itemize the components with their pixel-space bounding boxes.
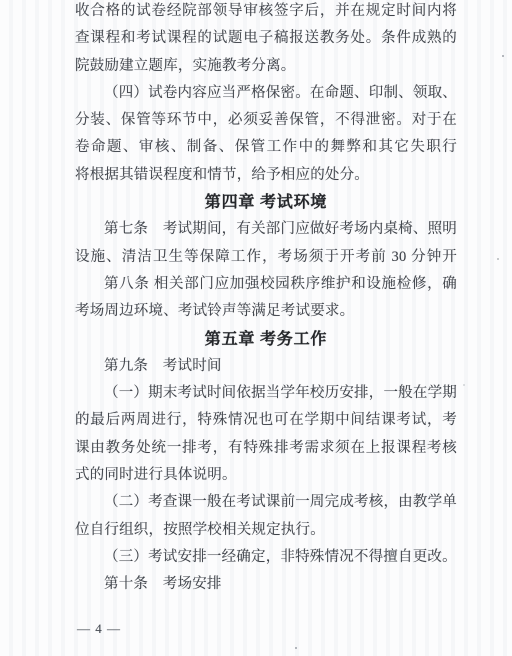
text-line: 考场周边环境、考试铃声等满足考试要求。 <box>75 298 457 325</box>
scan-speck <box>295 647 297 649</box>
document-page: 收合格的试卷经院部领导审核签字后，并在规定时间内将考 查课程和考试课程的试题电子… <box>0 0 512 656</box>
text-line: 第十条 考场安排 <box>75 571 457 598</box>
scan-speck <box>463 384 465 386</box>
text-line: 第八条 相关部门应加强校园秩序维护和设施检修，确保 <box>75 271 457 298</box>
page-number: — 4 — <box>77 620 121 638</box>
text-line: 第九条 考试时间 <box>75 353 457 380</box>
document-body: 收合格的试卷经院部领导审核签字后，并在规定时间内将考 查课程和考试课程的试题电子… <box>75 0 457 599</box>
chapter-heading: 第四章 考试环境 <box>75 189 457 216</box>
text-line: 位自行组织，按照学校相关规定执行。 <box>75 517 457 544</box>
text-line: 式的同时进行具体说明。 <box>75 462 457 489</box>
text-line: 设施、清洁卫生等保障工作，考场须于开考前 30 分钟开放。 <box>75 244 457 271</box>
text-line: 课由教务处统一排考，有特殊排考需求须在上报课程考核方 <box>75 435 457 462</box>
text-line: 收合格的试卷经院部领导审核签字后，并在规定时间内将考 <box>75 0 457 25</box>
text-line: 卷命题、审核、制备、保管工作中的舞弊和其它失职行为， <box>75 134 457 161</box>
text-line: （四）试卷内容应当严格保密。在命题、印制、领取、 <box>75 80 457 107</box>
scan-speck <box>497 258 499 260</box>
text-line: 分装、保管等环节中，必须妥善保管，不得泄密。对于在试 <box>75 107 457 134</box>
text-line: 第七条 考试期间，有关部门应做好考场内桌椅、照明 <box>75 216 457 243</box>
text-line: 查课程和考试课程的试题电子稿报送教务处。条件成熟的学 <box>75 25 457 52</box>
chapter-heading: 第五章 考务工作 <box>75 326 457 353</box>
text-line: （三）考试安排一经确定，非特殊情况不得擅自更改。 <box>75 544 457 571</box>
text-line: 院鼓励建立题库，实施教考分离。 <box>75 53 457 80</box>
text-line: 将根据其错误程度和情节，给予相应的处分。 <box>75 162 457 189</box>
text-line: （二）考查课一般在考试课前一周完成考核，由教学单 <box>75 489 457 516</box>
text-line: （一）期末考试时间依据当学年校历安排，一般在学期 <box>75 380 457 407</box>
scan-speck <box>502 55 504 57</box>
text-line: 的最后两周进行，特殊情况也可在学期中间结课考试，考试 <box>75 407 457 434</box>
